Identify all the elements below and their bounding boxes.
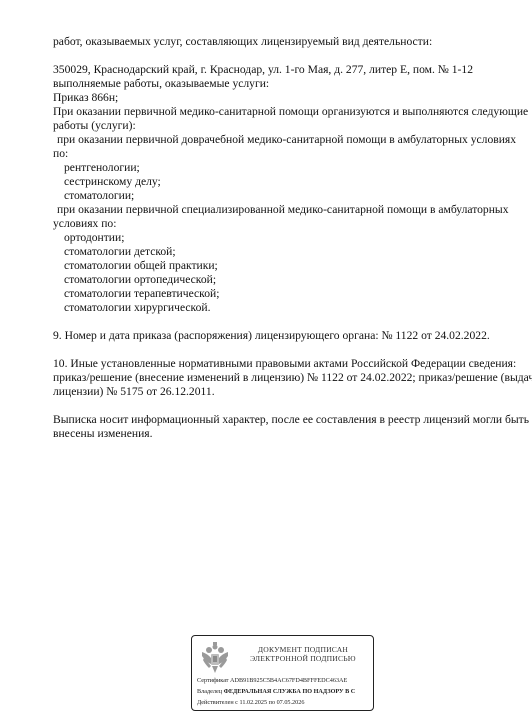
document-line: работ, оказываемых услуг, составляющих л… <box>53 35 528 49</box>
document-line: стоматологии хирургической. <box>53 301 528 315</box>
document-line: работы (услуги): <box>53 119 528 133</box>
document-line: При оказании первичной медико-санитарной… <box>53 105 528 119</box>
stamp-validity: Действителен с 11.02.2025 по 07.05.2026 <box>197 699 304 707</box>
document-line: Выписка носит информационный характер, п… <box>53 413 528 427</box>
document-line: при оказании первичной специализированно… <box>53 203 528 217</box>
document-line: приказ/решение (внесение изменений в лиц… <box>53 371 528 385</box>
document-line: внесены изменения. <box>53 427 528 441</box>
document-line: 350029, Краснодарский край, г. Краснодар… <box>53 63 528 77</box>
russian-eagle-emblem-icon <box>200 642 230 674</box>
stamp-title-line-2: ЭЛЕКТРОННОЙ ПОДПИСЬЮ <box>238 654 368 663</box>
blank-line <box>53 399 528 413</box>
document-line: ортодонтии; <box>53 231 528 245</box>
document-line: выполняемые работы, оказываемые услуги: <box>53 77 528 91</box>
document-page: работ, оказываемых услуг, составляющих л… <box>0 0 532 716</box>
validity-period: Действителен с 11.02.2025 по 07.05.2026 <box>197 699 304 706</box>
owner-value: ФЕДЕРАЛЬНАЯ СЛУЖБА ПО НАДЗОРУ В С <box>224 688 356 695</box>
document-line: лицензии) № 5175 от 26.12.2011. <box>53 385 528 399</box>
document-line: 9. Номер и дата приказа (распоряжения) л… <box>53 329 528 343</box>
electronic-signature-stamp: ДОКУМЕНТ ПОДПИСАН ЭЛЕКТРОННОЙ ПОДПИСЬЮ С… <box>191 635 374 711</box>
owner-label: Владелец <box>197 688 222 695</box>
blank-line <box>53 343 528 357</box>
document-line: стоматологии; <box>53 189 528 203</box>
document-line: по: <box>53 147 528 161</box>
stamp-certificate: Сертификат ADB91B925C5B4AC67FD4BFFFEDC46… <box>197 677 347 685</box>
document-line: стоматологии детской; <box>53 245 528 259</box>
certificate-value: ADB91B925C5B4AC67FD4BFFFEDC463AE <box>230 677 347 684</box>
blank-line <box>53 315 528 329</box>
document-line: стоматологии ортопедической; <box>53 273 528 287</box>
document-line: сестринскому делу; <box>53 175 528 189</box>
stamp-title-line-1: ДОКУМЕНТ ПОДПИСАН <box>238 645 368 654</box>
document-line: 10. Иные установленные нормативными прав… <box>53 357 528 371</box>
document-body: работ, оказываемых услуг, составляющих л… <box>53 35 528 441</box>
document-line: стоматологии общей практики; <box>53 259 528 273</box>
document-line: условиях по: <box>53 217 528 231</box>
stamp-owner: Владелец ФЕДЕРАЛЬНАЯ СЛУЖБА ПО НАДЗОРУ В… <box>197 688 355 696</box>
blank-line <box>53 49 528 63</box>
document-line: Приказ 866н; <box>53 91 528 105</box>
document-line: стоматологии терапевтической; <box>53 287 528 301</box>
document-line: при оказании первичной доврачебной медик… <box>53 133 528 147</box>
certificate-label: Сертификат <box>197 677 229 684</box>
stamp-title: ДОКУМЕНТ ПОДПИСАН ЭЛЕКТРОННОЙ ПОДПИСЬЮ <box>238 645 368 663</box>
document-line: рентгенологии; <box>53 161 528 175</box>
